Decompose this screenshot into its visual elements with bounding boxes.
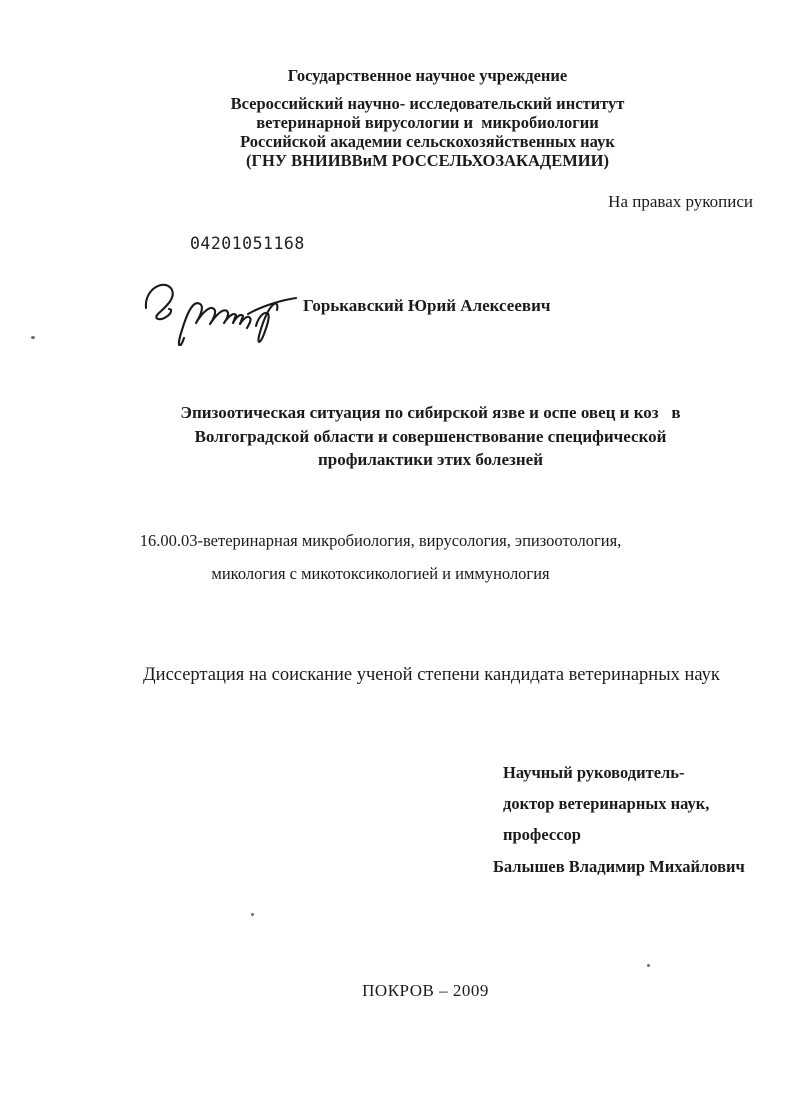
title-line-1: Эпизоотическая ситуация по сибирской язв… — [118, 401, 743, 425]
supervisor-name: Балышев Владимир Михайлович — [493, 857, 745, 877]
supervisor-line-3: профессор — [503, 819, 709, 850]
institution-line-2: Всероссийский научно- исследовательский … — [115, 94, 740, 113]
specialty-line-2: микология с микотоксикологией и иммуноло… — [68, 557, 693, 590]
title-line-3: профилактики этих болезней — [118, 448, 743, 472]
author-name: Горькавский Юрий Алексеевич — [303, 296, 550, 316]
supervisor-line-1: Научный руководитель- — [503, 757, 709, 788]
institution-line-4: Российской академии сельскохозяйственных… — [115, 132, 740, 151]
title-line-2: Волгоградской области и совершенствовани… — [118, 425, 743, 449]
scan-speck — [31, 336, 35, 339]
institution-line-1: Государственное научное учреждение — [115, 66, 740, 85]
city-year: ПОКРОВ – 2009 — [113, 981, 738, 1001]
supervisor-line-2: доктор ветеринарных наук, — [503, 788, 709, 819]
degree-statement: Диссертация на соискание ученой степени … — [119, 665, 744, 685]
dissertation-title: Эпизоотическая ситуация по сибирской язв… — [118, 401, 743, 472]
catalog-number: 04201051168 — [190, 234, 305, 253]
specialty-block: 16.00.03-ветеринарная микробиология, вир… — [68, 524, 693, 590]
institution-line-5: (ГНУ ВНИИВВиМ РОССЕЛЬХОЗАКАДЕМИИ) — [115, 151, 740, 170]
scan-speck — [251, 913, 254, 916]
institution-block: Государственное научное учреждение Всеро… — [115, 66, 740, 170]
manuscript-rights-note: На правах рукописи — [608, 192, 753, 212]
specialty-line-1: 16.00.03-ветеринарная микробиология, вир… — [68, 524, 693, 557]
author-signature-icon — [136, 268, 306, 346]
dissertation-title-page: Государственное научное учреждение Всеро… — [0, 0, 793, 1093]
supervisor-block: Научный руководитель- доктор ветеринарны… — [503, 757, 709, 850]
scan-speck — [647, 964, 650, 967]
institution-line-3: ветеринарной вирусологии и микробиологии — [115, 113, 740, 132]
